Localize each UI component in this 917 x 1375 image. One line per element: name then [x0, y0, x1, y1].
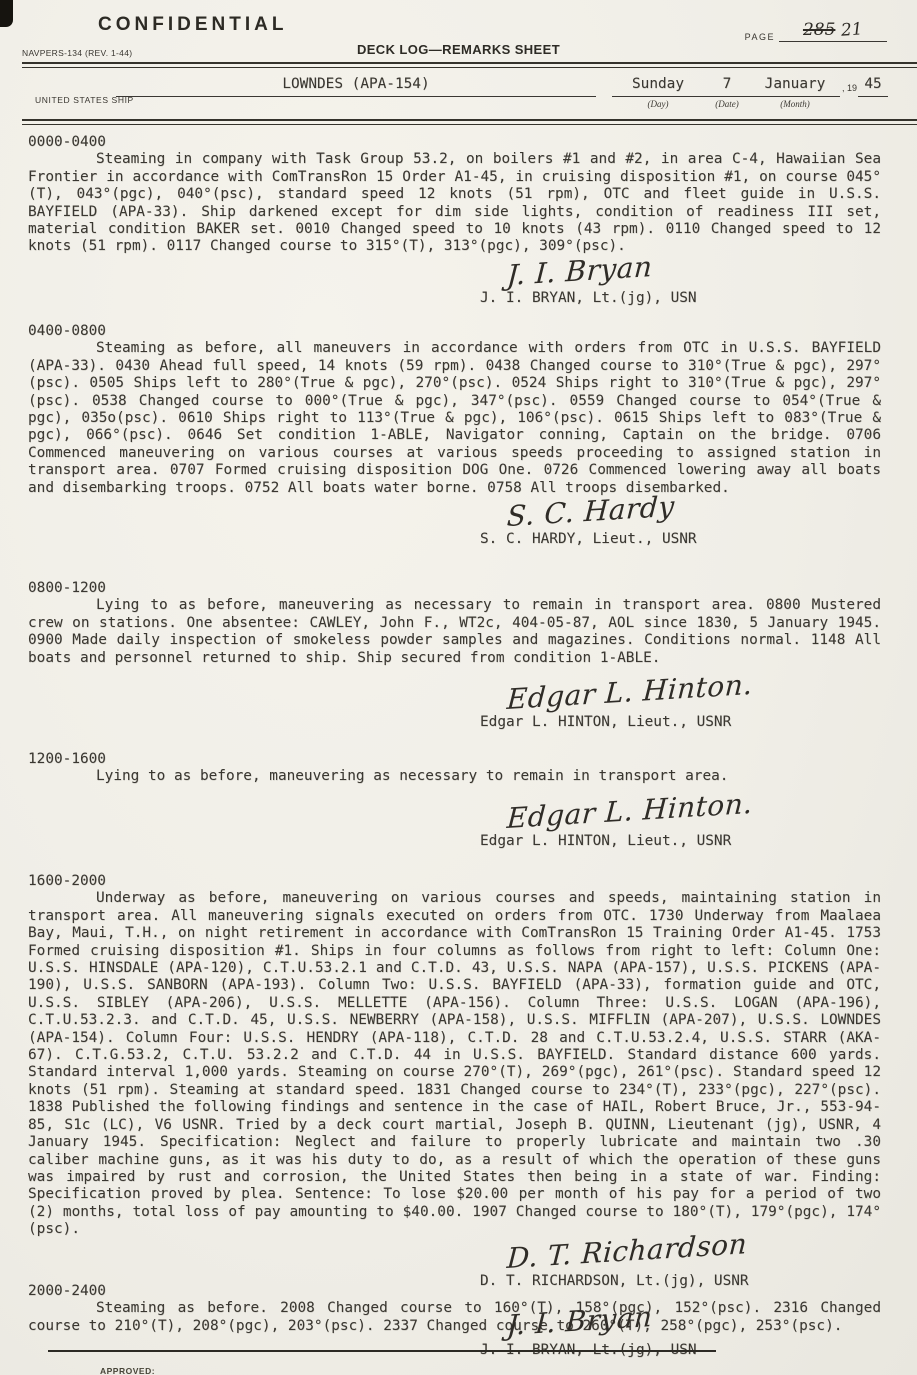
- divider-rule-top: [22, 62, 917, 68]
- signature-typed: Edgar L. HINTON, Lieut., USNR: [480, 714, 881, 731]
- log-entry-1600-2000: 1600-2000 Underway as before, maneuverin…: [28, 873, 881, 1290]
- page-number-struck: 285: [803, 20, 835, 40]
- page-number-value: 28521: [779, 20, 887, 42]
- entry-time: 2000-2400: [28, 1283, 881, 1300]
- signature-handwritten: Edgar L. Hinton.: [506, 787, 754, 835]
- signature-block: S. C. Hardy S. C. HARDY, Lieut., USNR: [480, 500, 881, 548]
- entry-body: Steaming as before. 2008 Changed course …: [28, 1300, 881, 1335]
- log-entry-1200-1600: 1200-1600 Lying to as before, maneuverin…: [28, 751, 881, 850]
- signature-handwritten: Edgar L. Hinton.: [506, 668, 754, 716]
- entry-time: 0800-1200: [28, 580, 881, 597]
- day-label: (Day): [612, 99, 704, 109]
- entry-time: 0400-0800: [28, 323, 881, 340]
- date-month-value: January: [750, 76, 840, 93]
- divider-rule-bottom: [48, 1350, 716, 1352]
- divider-rule-ship: [22, 119, 917, 125]
- log-entry-0000-0400: 0000-0400 Steaming in company with Task …: [28, 134, 881, 307]
- entry-time: 1600-2000: [28, 873, 881, 890]
- date-day-value: Sunday: [612, 76, 704, 93]
- signature-handwritten: J. I. Bryan: [506, 250, 653, 292]
- entry-body: Steaming as before, all maneuvers in acc…: [28, 340, 881, 497]
- signature-block: J. I. Bryan J. I. BRYAN, Lt.(jg), USN: [480, 259, 881, 307]
- signature-typed: S. C. HARDY, Lieut., USNR: [480, 531, 881, 548]
- date-date-value: 7: [704, 76, 750, 93]
- entry-body: Lying to as before, maneuvering as neces…: [28, 597, 881, 667]
- log-entry-0400-0800: 0400-0800 Steaming as before, all maneuv…: [28, 323, 881, 548]
- log-entry-0800-1200: 0800-1200 Lying to as before, maneuverin…: [28, 580, 881, 731]
- date-label: (Date): [704, 99, 750, 109]
- page-number-handwritten: 21: [841, 19, 864, 40]
- page-number-field: PAGE 28521: [745, 20, 887, 42]
- month-label: (Month): [750, 99, 840, 109]
- entry-body: Steaming in company with Task Group 53.2…: [28, 151, 881, 255]
- sheet-title: DECK LOG—REMARKS SHEET: [0, 42, 917, 57]
- date-field: Sunday 7 January , 19 45 (Day) (Date) (M…: [612, 76, 888, 109]
- signature-typed: J. I. BRYAN, Lt.(jg), USN: [480, 290, 881, 307]
- log-entry-2000-2400: 2000-2400 Steaming as before. 2008 Chang…: [28, 1283, 881, 1335]
- scan-corner-mark: [0, 0, 13, 27]
- year-prefix: , 19: [840, 83, 858, 97]
- entry-time: 1200-1600: [28, 751, 881, 768]
- signature-block: Edgar L. Hinton. Edgar L. HINTON, Lieut.…: [480, 802, 881, 850]
- year-value: 45: [858, 76, 888, 97]
- entry-time: 0000-0400: [28, 134, 881, 151]
- deck-log-remarks-sheet: CONFIDENTIAL PAGE 28521 NAVPERS-134 (REV…: [0, 0, 917, 1375]
- entry-body: Underway as before, maneuvering on vario…: [28, 890, 881, 1238]
- signature-block: Edgar L. Hinton. Edgar L. HINTON, Lieut.…: [480, 683, 881, 731]
- entry-body: Lying to as before, maneuvering as neces…: [28, 768, 881, 785]
- signature-typed: Edgar L. HINTON, Lieut., USNR: [480, 833, 881, 850]
- classification-stamp: CONFIDENTIAL: [98, 14, 287, 36]
- page-label: PAGE: [745, 32, 775, 42]
- approved-label: APPROVED:: [100, 1366, 155, 1375]
- ship-name-field: LOWNDES (APA-154): [116, 76, 596, 97]
